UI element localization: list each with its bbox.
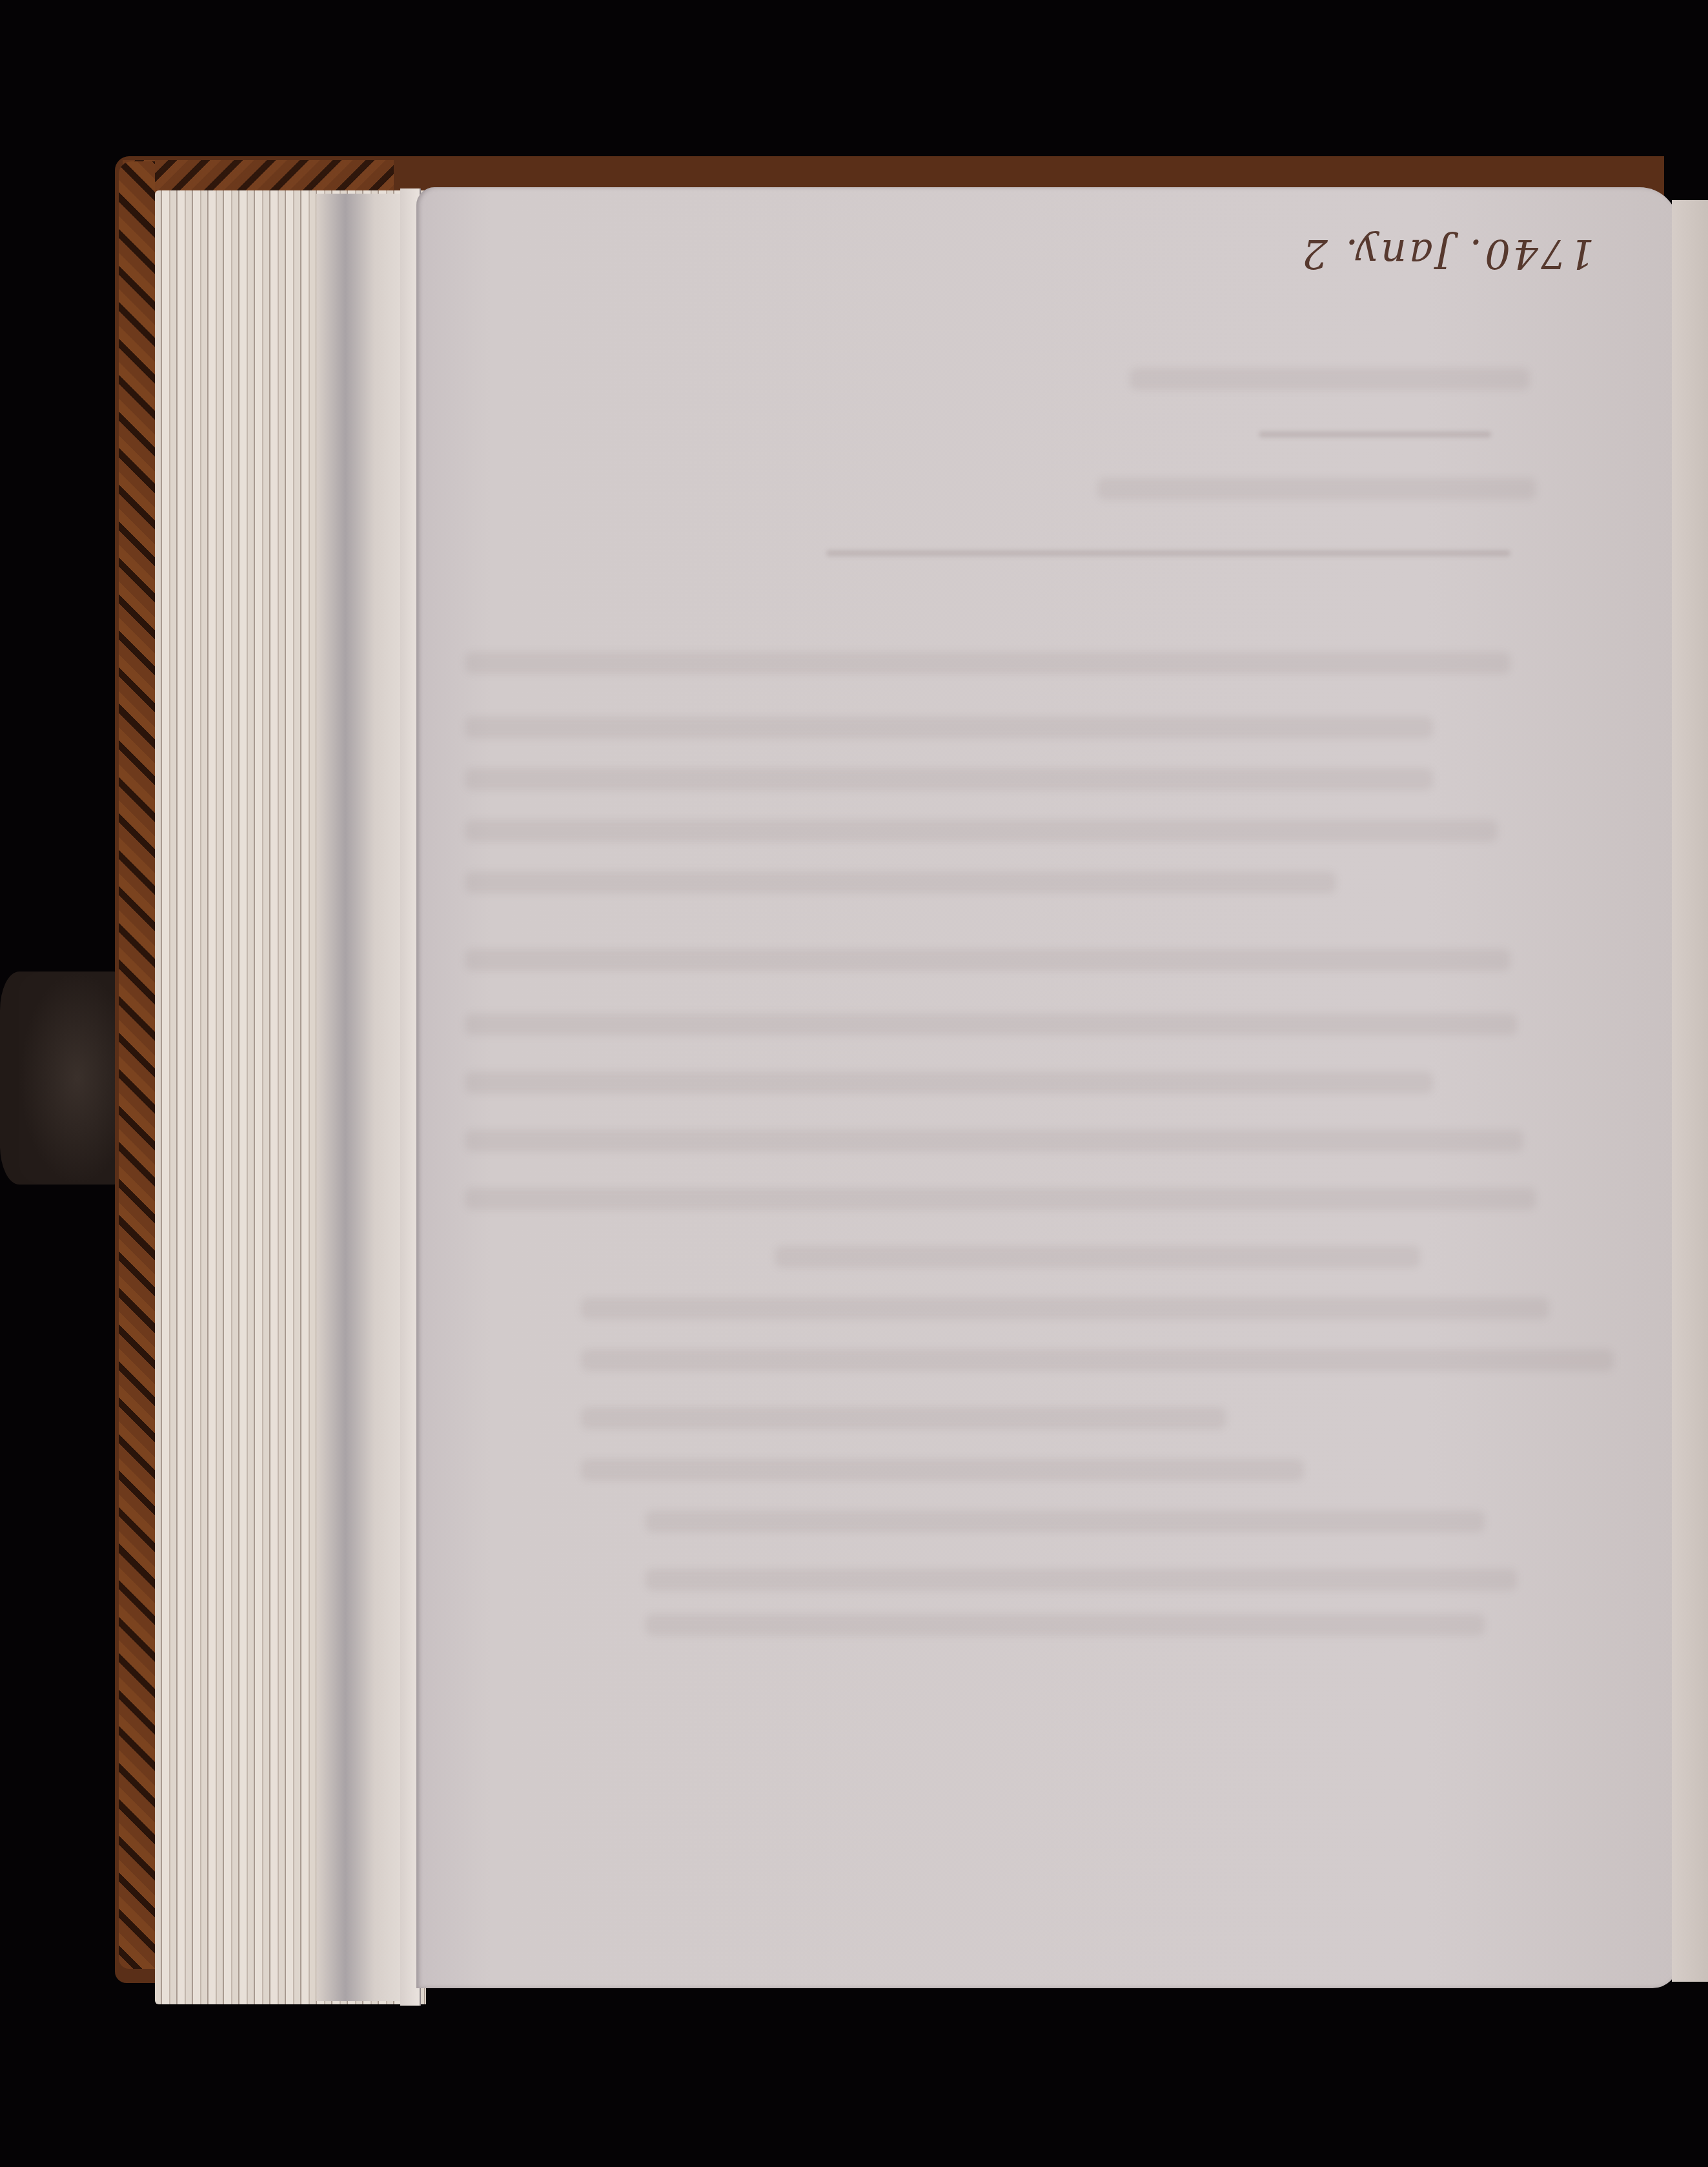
bleed-text-line xyxy=(465,820,1498,842)
bleed-text-line xyxy=(581,1459,1304,1481)
bleed-text-line xyxy=(646,1614,1485,1636)
bleed-text-line xyxy=(465,1072,1433,1094)
bleed-text-line xyxy=(775,1246,1420,1268)
bleed-text-line xyxy=(581,1297,1549,1319)
bleed-text-line xyxy=(465,1130,1523,1152)
bleed-text-line xyxy=(465,1013,1517,1035)
bleed-text-line xyxy=(1130,368,1530,390)
cover-tooling-left xyxy=(119,161,155,1969)
facing-page-edge xyxy=(1672,200,1708,1982)
bleed-text-line xyxy=(465,717,1433,738)
bleed-text-line xyxy=(465,768,1433,790)
bleed-text-line xyxy=(581,1407,1226,1429)
handwritten-date-annotation: 1740. Jany. 2 xyxy=(1375,207,1594,278)
bleed-rule-1 xyxy=(1259,431,1491,438)
book-clasp xyxy=(0,972,116,1185)
bleed-text-line xyxy=(465,1188,1536,1210)
bleed-text-line xyxy=(581,1349,1614,1371)
bleed-text-line xyxy=(465,652,1510,674)
bleed-text-line xyxy=(646,1569,1517,1591)
bleed-text-line xyxy=(1097,478,1536,500)
bleed-text-line xyxy=(465,949,1510,971)
page-edge-shadow xyxy=(316,194,413,2001)
bleed-rule-2 xyxy=(826,550,1510,556)
bleed-text-line xyxy=(465,871,1336,893)
bleed-text-line xyxy=(646,1511,1485,1532)
